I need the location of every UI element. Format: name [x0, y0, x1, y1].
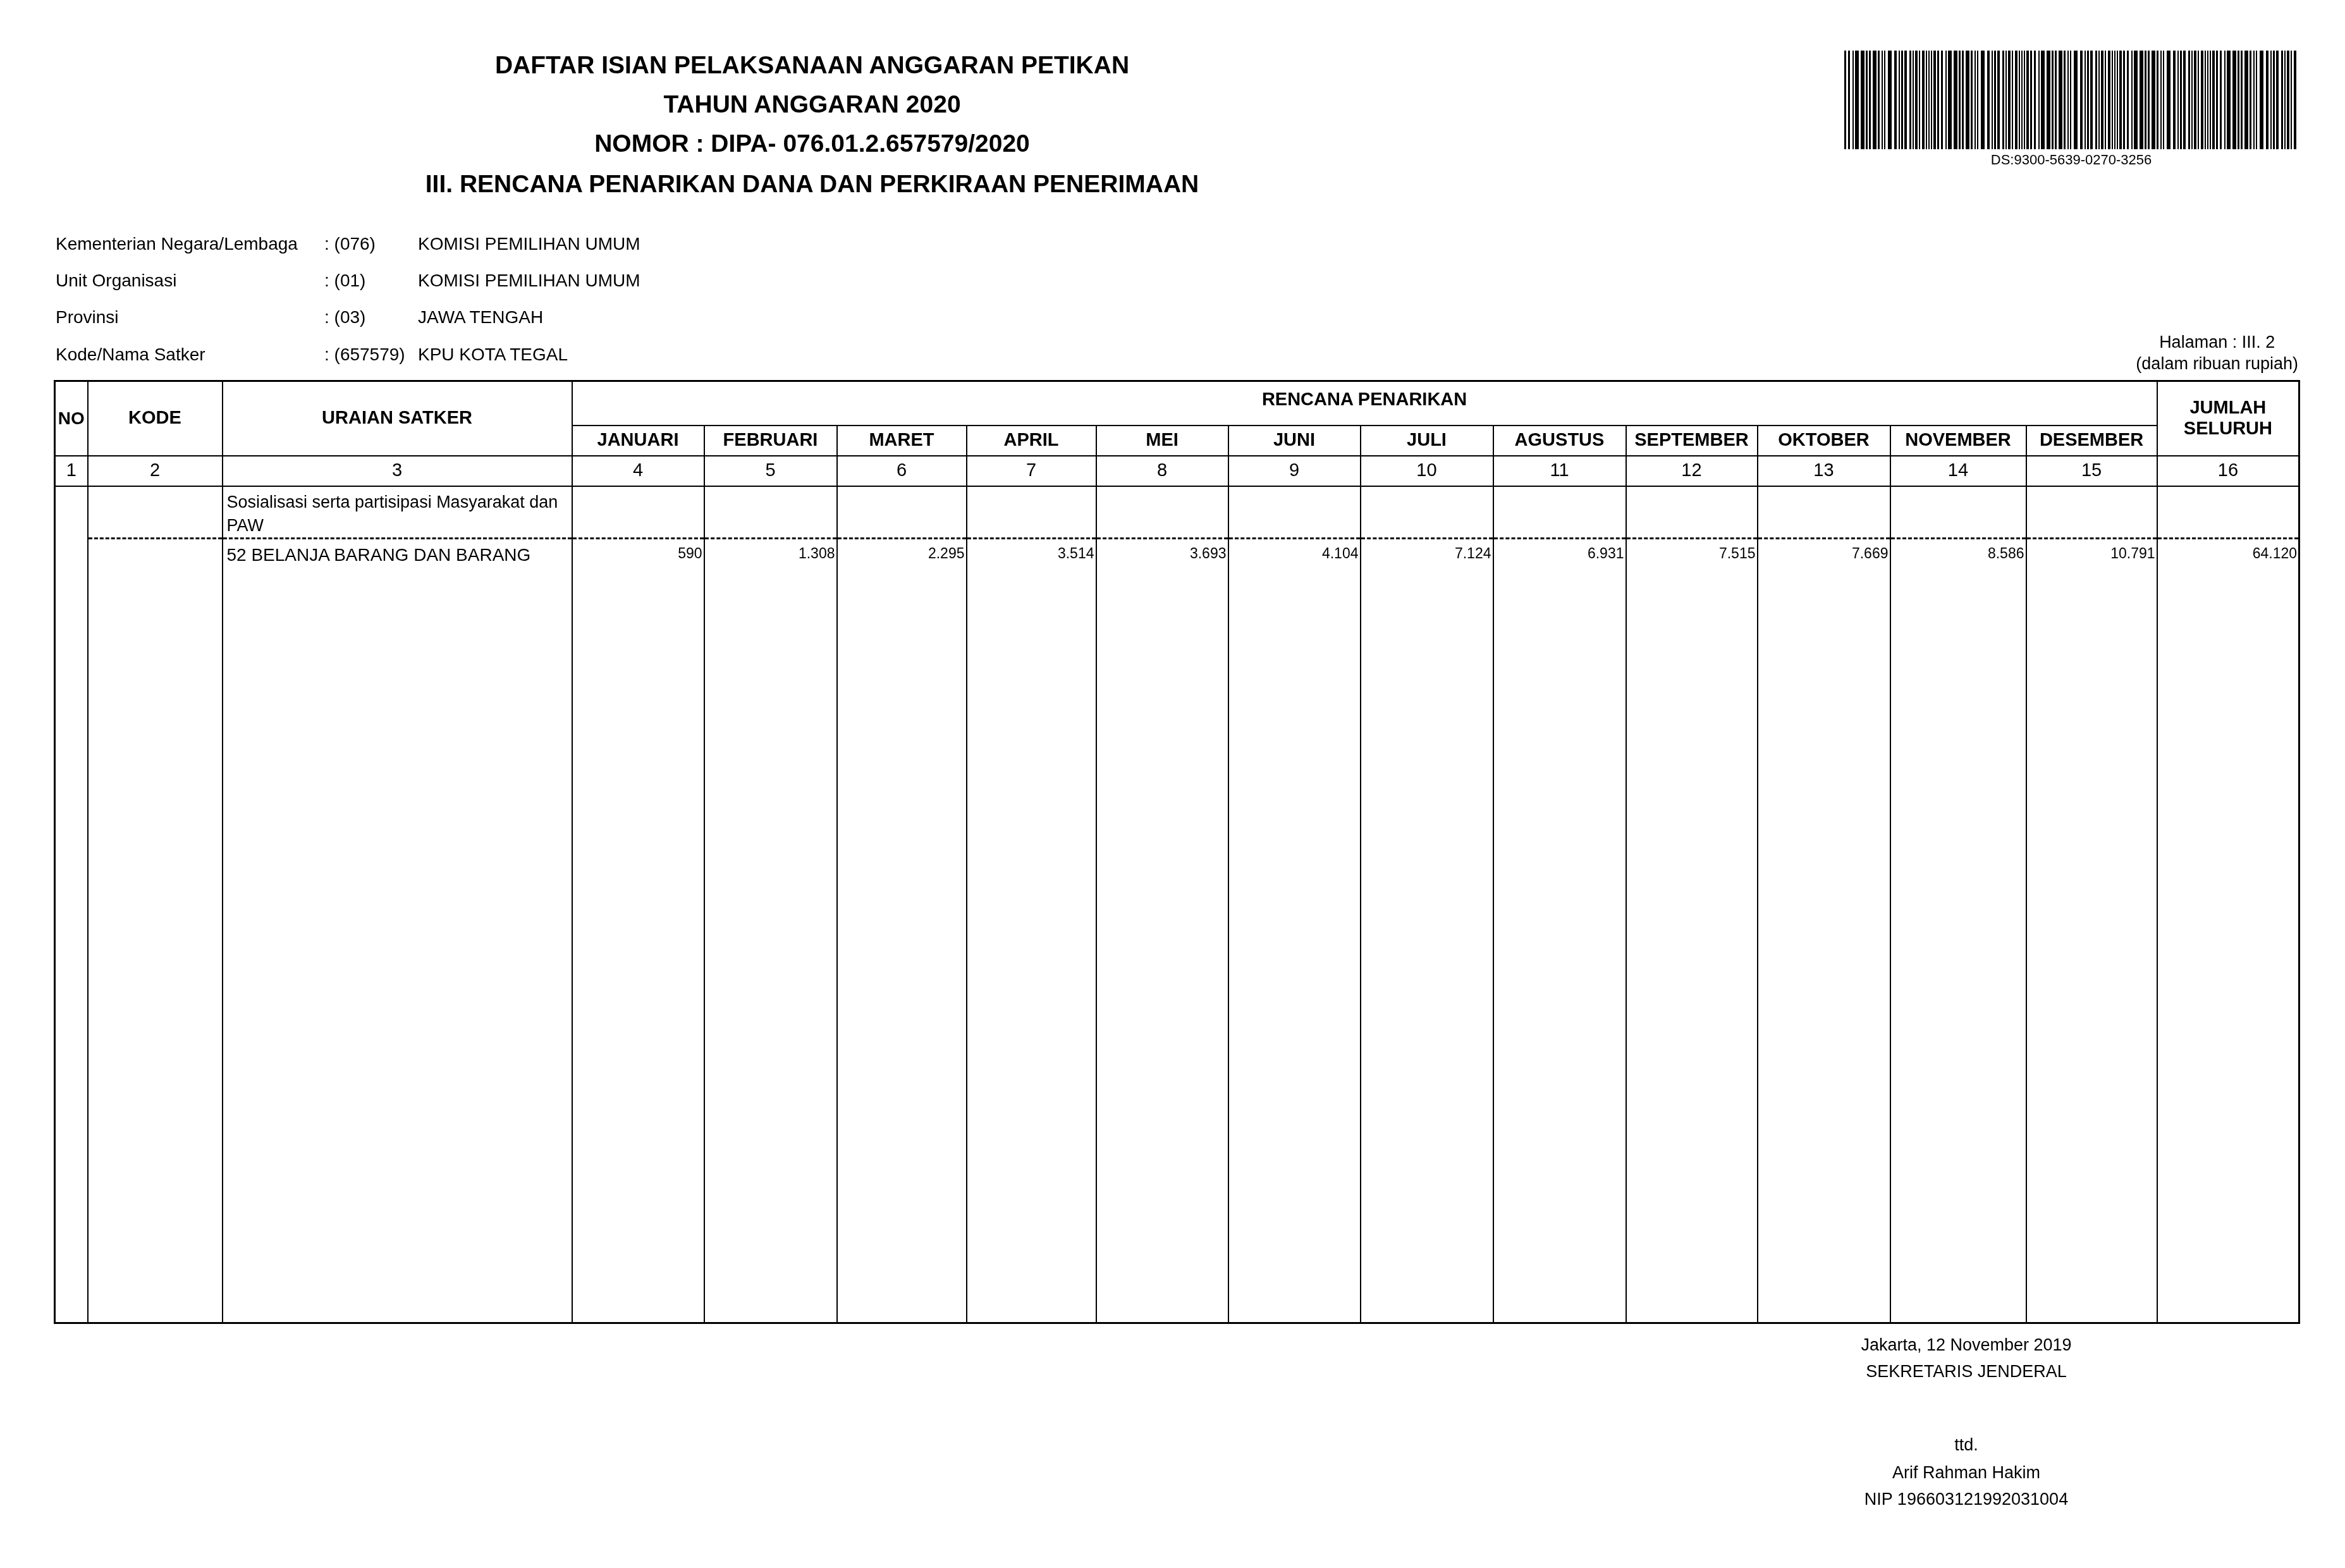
info-value: JAWA TENGAH — [418, 307, 543, 328]
column-number: 12 — [1626, 456, 1758, 486]
cell-amount-juni: 4.104 — [1228, 486, 1361, 1323]
amount-value: 3.514 — [1058, 545, 1094, 562]
barcode-icon — [1844, 51, 2298, 149]
info-value: KPU KOTA TEGAL — [418, 345, 568, 365]
amount-value: 3.693 — [1190, 545, 1227, 562]
info-label: Unit Organisasi — [56, 271, 176, 291]
amount-value: 64.120 — [2253, 545, 2297, 562]
cell-no — [55, 486, 88, 1323]
account-description: 52 BELANJA BARANG DAN BARANG — [227, 545, 531, 565]
info-code: : (01) — [324, 271, 365, 291]
dipa-number: NOMOR : DIPA- 076.01.2.657579/2020 — [0, 130, 1985, 158]
amount-value: 4.104 — [1322, 545, 1359, 562]
column-number: 1 — [55, 456, 88, 486]
column-number: 3 — [223, 456, 572, 486]
signature-name: Arif Rahman Hakim — [1777, 1463, 2156, 1483]
cell-amount-juli: 7.124 — [1361, 486, 1493, 1323]
col-header-uraian: URAIAN SATKER — [223, 381, 572, 456]
cell-amount-februari: 1.308 — [704, 486, 837, 1323]
amount-value: 1.308 — [799, 545, 835, 562]
month-header-maret: MARET — [837, 426, 967, 456]
cell-amount-januari: 590 — [572, 486, 704, 1323]
column-number: 10 — [1361, 456, 1493, 486]
column-number: 9 — [1228, 456, 1361, 486]
info-code: : (03) — [324, 307, 365, 328]
info-label: Kode/Nama Satker — [56, 345, 205, 365]
month-header-januari: JANUARI — [572, 426, 704, 456]
amount-value: 6.931 — [1588, 545, 1624, 562]
amount-value: 10.791 — [2110, 545, 2155, 562]
signature-place-date: Jakarta, 12 November 2019 — [1777, 1335, 2156, 1355]
column-number: 11 — [1493, 456, 1626, 486]
column-number: 2 — [88, 456, 223, 486]
column-number: 4 — [572, 456, 704, 486]
document-title: DAFTAR ISIAN PELAKSANAAN ANGGARAN PETIKA… — [0, 52, 1985, 80]
info-label: Provinsi — [56, 307, 119, 328]
month-header-juli: JULI — [1361, 426, 1493, 456]
month-header-agustus: AGUSTUS — [1493, 426, 1626, 456]
fiscal-year: TAHUN ANGGARAN 2020 — [0, 91, 1985, 119]
month-header-september: SEPTEMBER — [1626, 426, 1758, 456]
cell-amount-desember: 10.791 — [2026, 486, 2157, 1323]
currency-unit: (dalam ribuan rupiah) — [2136, 353, 2298, 374]
month-header-oktober: OKTOBER — [1758, 426, 1890, 456]
cell-amount-november: 8.586 — [1890, 486, 2026, 1323]
month-header-februari: FEBRUARI — [704, 426, 837, 456]
column-number: 6 — [837, 456, 967, 486]
cell-kode — [88, 486, 223, 1323]
info-value: KOMISI PEMILIHAN UMUM — [418, 271, 640, 291]
program-description: Sosialisasi serta partisipasi Masyarakat… — [227, 491, 568, 537]
column-number: 8 — [1096, 456, 1228, 486]
column-number: 16 — [2157, 456, 2299, 486]
amount-value: 590 — [678, 545, 702, 562]
col-header-no: NO — [55, 381, 88, 456]
month-header-november: NOVEMBER — [1890, 426, 2026, 456]
col-group-rencana: RENCANA PENARIKAN — [572, 381, 2157, 426]
cell-amount-april: 3.514 — [967, 486, 1096, 1323]
cell-uraian: Sosialisasi serta partisipasi Masyarakat… — [223, 486, 572, 1323]
withdrawal-plan-table: NO KODE URAIAN SATKER RENCANA PENARIKAN … — [54, 380, 2300, 1324]
column-number: 7 — [967, 456, 1096, 486]
signature-position: SEKRETARIS JENDERAL — [1777, 1362, 2156, 1381]
amount-value: 7.124 — [1455, 545, 1491, 562]
amount-value: 2.295 — [928, 545, 965, 562]
cell-amount-total: 64.120 — [2157, 486, 2299, 1323]
amount-value: 8.586 — [1988, 545, 2024, 562]
info-label: Kementerian Negara/Lembaga — [56, 234, 298, 254]
signature-nip: NIP 196603121992031004 — [1777, 1490, 2156, 1509]
info-value: KOMISI PEMILIHAN UMUM — [418, 234, 640, 254]
month-header-april: APRIL — [967, 426, 1096, 456]
jumlah-line1: JUMLAH — [2158, 398, 2299, 419]
section-title: III. RENCANA PENARIKAN DANA DAN PERKIRAA… — [0, 171, 1985, 199]
signature-ttd: ttd. — [1777, 1435, 2156, 1455]
month-header-desember: DESEMBER — [2026, 426, 2157, 456]
info-code: : (657579) — [324, 345, 405, 365]
table-row: Sosialisasi serta partisipasi Masyarakat… — [55, 486, 2299, 1323]
column-number-row: 12345678910111213141516 — [55, 456, 2299, 486]
amount-value: 7.669 — [1852, 545, 1889, 562]
info-code: : (076) — [324, 234, 376, 254]
col-header-jumlah: JUMLAH SELURUH — [2157, 381, 2299, 456]
month-header-mei: MEI — [1096, 426, 1228, 456]
col-header-kode: KODE — [88, 381, 223, 456]
cell-amount-september: 7.515 — [1626, 486, 1758, 1323]
cell-amount-agustus: 6.931 — [1493, 486, 1626, 1323]
cell-amount-mei: 3.693 — [1096, 486, 1228, 1323]
column-number: 14 — [1890, 456, 2026, 486]
column-number: 13 — [1758, 456, 1890, 486]
amount-value: 7.515 — [1719, 545, 1756, 562]
column-number: 5 — [704, 456, 837, 486]
column-number: 15 — [2026, 456, 2157, 486]
jumlah-line2: SELURUH — [2158, 419, 2299, 439]
month-header-juni: JUNI — [1228, 426, 1361, 456]
page-number: Halaman : III. 2 — [2136, 331, 2298, 353]
barcode-text: DS:9300-5639-0270-3256 — [1844, 152, 2298, 168]
page-info: Halaman : III. 2 (dalam ribuan rupiah) — [2136, 331, 2298, 374]
cell-amount-oktober: 7.669 — [1758, 486, 1890, 1323]
cell-amount-maret: 2.295 — [837, 486, 967, 1323]
